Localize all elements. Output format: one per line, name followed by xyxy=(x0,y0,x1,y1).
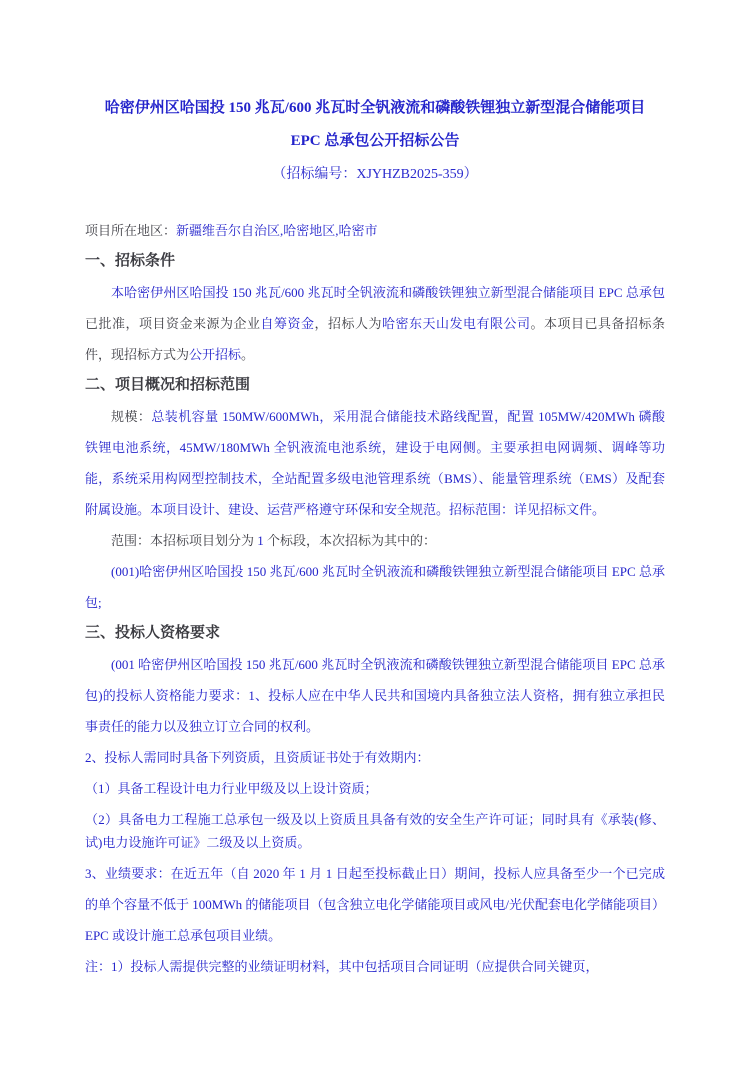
text-run: 规模： xyxy=(111,409,151,424)
text-run: (001)哈密伊州区哈国投 150 兆瓦/600 兆瓦时全钒液流和磷酸铁锂独立新… xyxy=(85,564,665,610)
paragraph: 注：1）投标人需提供完整的业绩证明材料，其中包括项目合同证明（应提供合同关键页， xyxy=(85,951,665,982)
text-run: 哈密东天山发电有限公司 xyxy=(382,316,530,331)
text-run: ，招标人为 xyxy=(314,316,382,331)
text-run: 范围：本招标项目划分为 xyxy=(111,533,257,548)
paragraph: 规模：总装机容量 150MW/600MWh，采用混合储能技术路线配置，配置 10… xyxy=(85,401,665,525)
paragraph: (001)哈密伊州区哈国投 150 兆瓦/600 兆瓦时全钒液流和磷酸铁锂独立新… xyxy=(85,556,665,618)
section-heading: 一、招标条件 xyxy=(85,246,665,277)
text-run: 3、业绩要求：在近五年（自 2020 年 1 月 1 日起至投标截止日）期间，投… xyxy=(85,866,665,943)
paragraph: 3、业绩要求：在近五年（自 2020 年 1 月 1 日起至投标截止日）期间，投… xyxy=(85,858,665,951)
text-run: 公开招标 xyxy=(189,347,241,362)
bid-number: （招标编号：XJYHZB2025-359） xyxy=(85,158,665,191)
paragraph: （2）具备电力工程施工总承包一级及以上资质且具备有效的安全生产许可证；同时具有《… xyxy=(85,808,665,854)
document-title: 哈密伊州区哈国投 150 兆瓦/600 兆瓦时全钒液流和磷酸铁锂独立新型混合储能… xyxy=(94,92,656,158)
text-run: 注：1）投标人需提供完整的业绩证明材料，其中包括项目合同证明（应提供合同关键页， xyxy=(85,959,599,974)
section-heading: 二、项目概况和招标范围 xyxy=(85,370,665,401)
paragraph: 本哈密伊州区哈国投 150 兆瓦/600 兆瓦时全钒液流和磷酸铁锂独立新型混合储… xyxy=(85,277,665,370)
document-page: 哈密伊州区哈国投 150 兆瓦/600 兆瓦时全钒液流和磷酸铁锂独立新型混合储能… xyxy=(0,0,749,1069)
paragraph: 范围：本招标项目划分为 1 个标段，本次招标为其中的： xyxy=(85,525,665,556)
text-run: 。 xyxy=(241,347,254,362)
text-run: 2、投标人需同时具备下列资质，且资质证书处于有效期内： xyxy=(85,750,430,765)
project-location-label: 项目所在地区： xyxy=(85,223,176,238)
text-run: 个标段，本次招标为其中的： xyxy=(264,533,436,548)
text-run: 总装机容量 150MW/600MWh，采用混合储能技术路线配置，配置 105MW… xyxy=(85,409,665,517)
project-location-line: 项目所在地区：新疆维吾尔自治区,哈密地区,哈密市 xyxy=(85,215,665,246)
paragraph: （1）具备工程设计电力行业甲级及以上设计资质； xyxy=(85,773,665,804)
text-run: 本哈密伊州区哈国投 150 兆瓦/600 兆瓦时全钒液流和磷酸铁锂独立新型混合储… xyxy=(111,285,665,300)
document-body: 一、招标条件本哈密伊州区哈国投 150 兆瓦/600 兆瓦时全钒液流和磷酸铁锂独… xyxy=(85,246,665,982)
project-location-value: 新疆维吾尔自治区,哈密地区,哈密市 xyxy=(176,223,378,238)
section-heading: 三、投标人资格要求 xyxy=(85,618,665,649)
text-run: (001 哈密伊州区哈国投 150 兆瓦/600 兆瓦时全钒液流和磷酸铁锂独立新… xyxy=(85,657,665,734)
text-run: （1）具备工程设计电力行业甲级及以上设计资质； xyxy=(85,781,378,796)
paragraph: 2、投标人需同时具备下列资质，且资质证书处于有效期内： xyxy=(85,742,665,773)
text-run: 自筹资金 xyxy=(260,316,314,331)
text-run: 已批准，项目资金来源为企业 xyxy=(85,316,260,331)
paragraph: (001 哈密伊州区哈国投 150 兆瓦/600 兆瓦时全钒液流和磷酸铁锂独立新… xyxy=(85,649,665,742)
text-run: （2）具备电力工程施工总承包一级及以上资质且具备有效的安全生产许可证；同时具有《… xyxy=(85,812,665,850)
